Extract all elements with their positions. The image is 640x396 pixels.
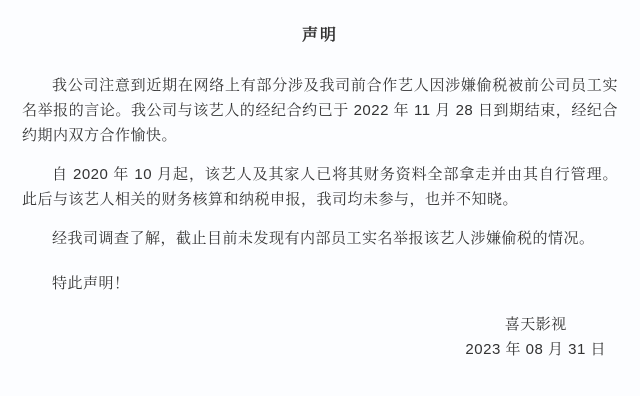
statement-document: 声明 我公司注意到近期在网络上有部分涉及我司前合作艺人因涉嫌偷税被前公司员工实名… bbox=[0, 0, 640, 396]
statement-date: 2023 年 08 月 31 日 bbox=[465, 337, 606, 362]
statement-paragraph-2: 自 2020 年 10 月起，该艺人及其家人已将其财务资料全部拿走并由其自行管理… bbox=[22, 162, 618, 212]
document-title: 声明 bbox=[22, 26, 618, 46]
statement-paragraph-1: 我公司注意到近期在网络上有部分涉及我司前合作艺人因涉嫌偷税被前公司员工实名举报的… bbox=[22, 73, 618, 148]
company-signature: 喜天影视 bbox=[465, 312, 606, 337]
statement-closing: 特此声明！ bbox=[22, 271, 618, 296]
signature-block: 喜天影视 2023 年 08 月 31 日 bbox=[465, 312, 606, 362]
statement-paragraph-3: 经我司调查了解，截止目前未发现有内部员工实名举报该艺人涉嫌偷税的情况。 bbox=[22, 226, 618, 251]
